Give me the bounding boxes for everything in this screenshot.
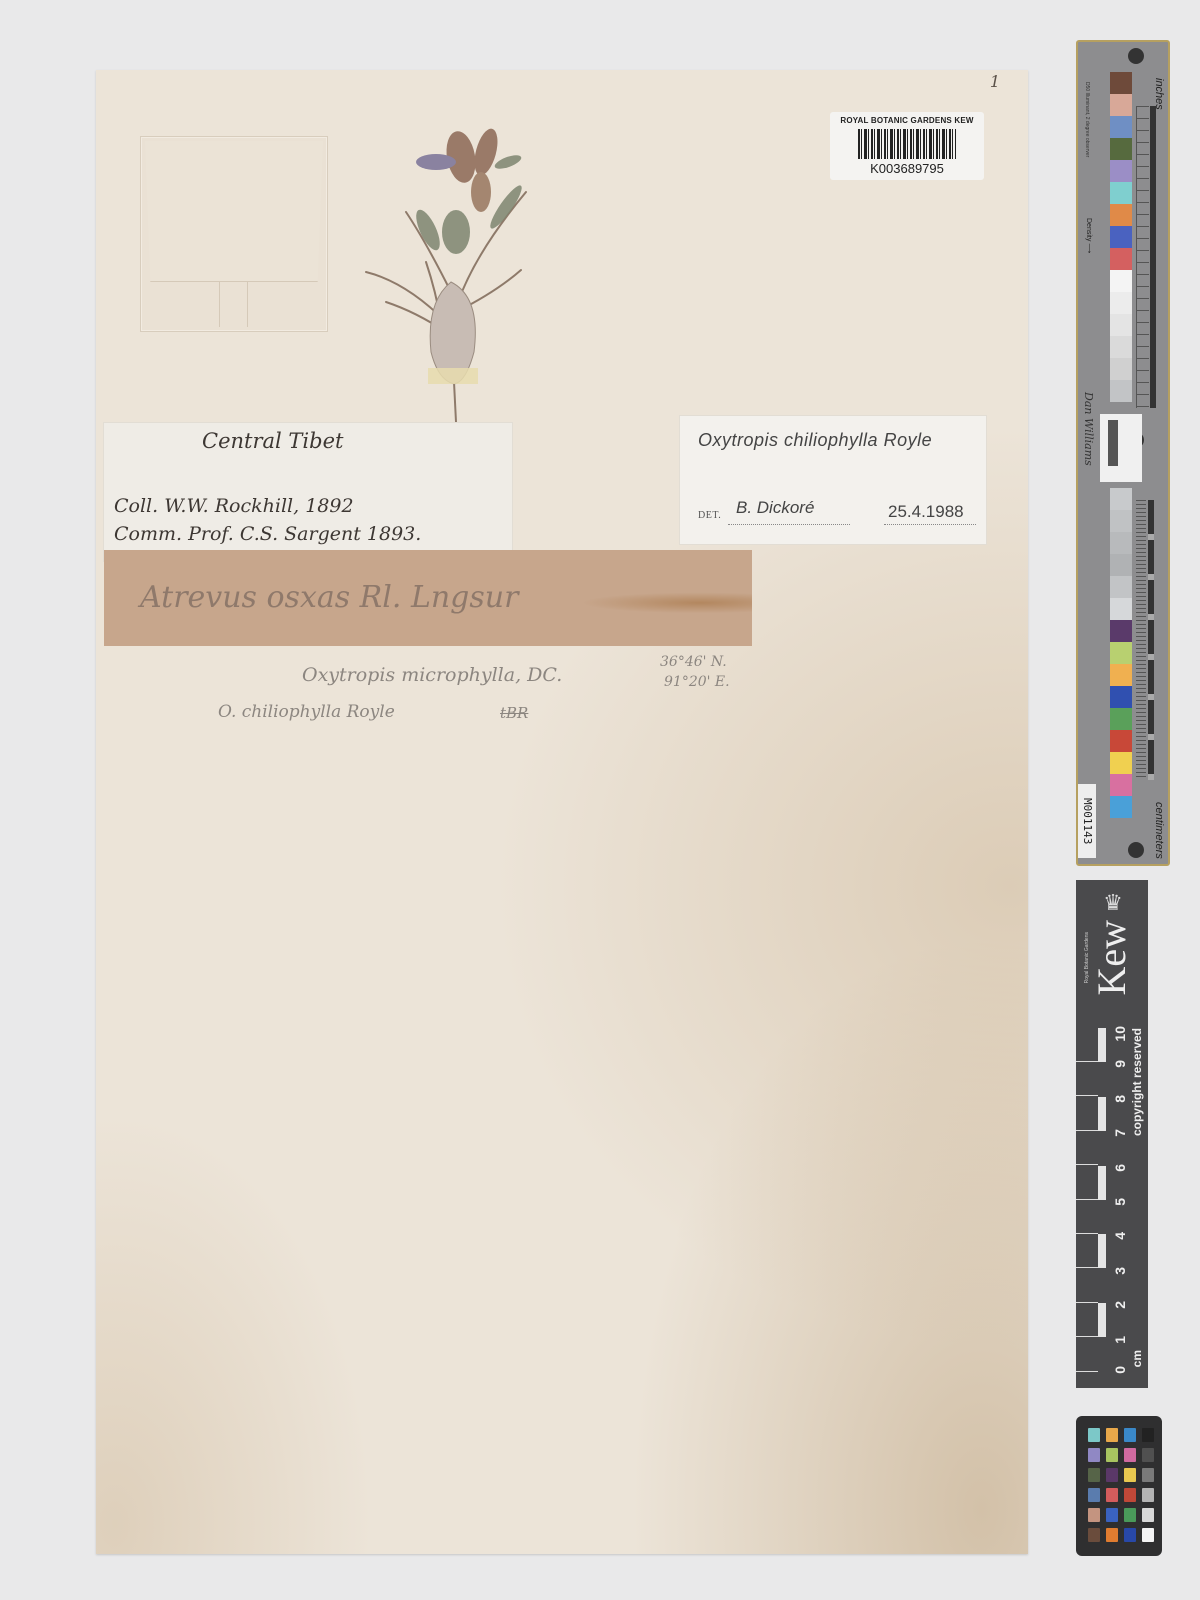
strip-brand: Dan Williams [1082, 392, 1095, 466]
barcode-number: K003689795 [830, 161, 984, 176]
color-swatch [1110, 532, 1132, 554]
color-swatch [1110, 358, 1132, 380]
color-swatch [1110, 204, 1132, 226]
scale-number: 6 [1112, 1164, 1128, 1172]
scale-side-cell [1098, 1303, 1106, 1337]
determiner-name: B. Dickoré [736, 498, 814, 518]
brown-label-text: Atrevus osxas Rl. Lngsur [140, 580, 518, 615]
cm-ruler [1136, 500, 1146, 780]
scale-number: 5 [1112, 1198, 1128, 1206]
color-swatch [1110, 248, 1132, 270]
determination-label: Oxytropis chiliophylla Royle DET. B. Dic… [680, 416, 986, 544]
herbarium-sheet: 1 ROYAL BOTANIC GA [96, 70, 1028, 1554]
pressed-plant-specimen [346, 122, 546, 432]
barcode [858, 129, 956, 159]
color-swatch [1110, 774, 1132, 796]
locality-text: Central Tibet [202, 429, 343, 453]
scale-number: 2 [1112, 1301, 1128, 1309]
color-swatch [1110, 510, 1132, 532]
strip-hole [1128, 48, 1144, 64]
color-patch [1088, 1468, 1100, 1482]
scale-checker [1076, 1028, 1106, 1380]
color-patch [1142, 1428, 1154, 1442]
dotted-line [884, 524, 976, 525]
scale-number: 4 [1112, 1232, 1128, 1240]
crest-icon: ♛ [1098, 888, 1128, 918]
strip-id: M001143 [1078, 784, 1096, 858]
color-patch [1142, 1448, 1154, 1462]
color-swatch [1110, 554, 1132, 576]
envelope-flap [145, 141, 323, 282]
scale-number: 9 [1112, 1060, 1128, 1068]
corner-mark: 1 [990, 72, 1000, 91]
color-patch [1142, 1508, 1154, 1522]
color-patch [1124, 1528, 1136, 1542]
color-swatch [1110, 664, 1132, 686]
color-swatch [1110, 226, 1132, 248]
color-patch [1088, 1528, 1100, 1542]
color-swatch [1110, 620, 1132, 642]
color-patch [1124, 1508, 1136, 1522]
collector-text: Coll. W.W. Rockhill, 1892 [114, 495, 354, 517]
barcode-label: ROYAL BOTANIC GARDENS KEW K003689795 [830, 112, 984, 180]
color-patch [1124, 1488, 1136, 1502]
scale-side-cell [1098, 1338, 1106, 1372]
color-swatch [1110, 336, 1132, 358]
color-patch [1142, 1528, 1154, 1542]
color-patch [1142, 1488, 1154, 1502]
color-patch [1106, 1528, 1118, 1542]
density-label: Density ⟶ [1084, 218, 1092, 253]
pencil-annotation-name: Oxytropis microphylla, DC. [302, 664, 562, 686]
color-patch [1088, 1488, 1100, 1502]
color-patch [1106, 1488, 1118, 1502]
envelope-fold [219, 281, 220, 327]
color-swatch [1110, 752, 1132, 774]
scale-side-cell [1098, 1269, 1106, 1303]
unit-label: cm [1130, 1350, 1144, 1367]
swatch-column-top [1110, 72, 1132, 402]
color-swatch [1110, 314, 1132, 336]
copyright-text: copyright reserved [1130, 1028, 1144, 1136]
pencil-longitude: 91°20' E. [664, 674, 730, 690]
scale-number: 10 [1112, 1026, 1128, 1042]
scale-side-cell [1098, 1062, 1106, 1096]
determination-date: 25.4.1988 [888, 502, 964, 522]
color-patch [1088, 1508, 1100, 1522]
institution-name: ROYAL BOTANIC GARDENS KEW [830, 116, 984, 125]
color-swatch [1110, 116, 1132, 138]
color-swatch [1110, 94, 1132, 116]
color-swatch [1110, 642, 1132, 664]
strip-hole [1128, 842, 1144, 858]
fragment-envelope [140, 136, 328, 332]
color-swatch [1110, 576, 1132, 598]
scale-side-cell [1098, 1028, 1106, 1062]
color-swatch [1110, 138, 1132, 160]
pencil-latitude: 36°46' N. [660, 654, 727, 670]
scale-side-cell [1098, 1166, 1106, 1200]
communicator-text: Comm. Prof. C.S. Sargent 1893. [114, 523, 421, 545]
mounting-tape [428, 368, 478, 384]
scale-number: 7 [1112, 1129, 1128, 1137]
color-patch [1106, 1508, 1118, 1522]
color-patch [1142, 1468, 1154, 1482]
color-swatch [1110, 708, 1132, 730]
scale-number: 1 [1112, 1336, 1128, 1344]
cm-ruler-bar [1148, 500, 1154, 780]
color-swatch [1110, 292, 1132, 314]
scale-side-cell [1098, 1131, 1106, 1165]
color-swatch [1110, 182, 1132, 204]
color-patch-chart [1076, 1416, 1162, 1556]
color-swatch [1110, 598, 1132, 620]
envelope-fold [247, 281, 248, 327]
kew-scale-bar: ♛ Royal Botanic Gardens Kew 109876543210… [1076, 880, 1148, 1388]
original-brown-label: Atrevus osxas Rl. Lngsur [104, 550, 752, 646]
color-swatch [1110, 686, 1132, 708]
color-swatch [1110, 796, 1132, 818]
color-patch [1106, 1448, 1118, 1462]
color-patch [1088, 1448, 1100, 1462]
color-swatch [1110, 72, 1132, 94]
scale-side-cell [1098, 1097, 1106, 1131]
pencil-annotation-name: O. chiliophylla Royle [218, 702, 395, 722]
color-swatch [1110, 488, 1132, 510]
taxon-name: Oxytropis chiliophylla Royle [698, 430, 932, 451]
color-patch [1124, 1448, 1136, 1462]
color-patch [1106, 1468, 1118, 1482]
color-swatch [1110, 730, 1132, 752]
dotted-line [728, 524, 850, 525]
scale-number: 0 [1112, 1366, 1128, 1374]
color-patch [1124, 1428, 1136, 1442]
scale-side-cell [1098, 1200, 1106, 1234]
inch-ruler-bar [1150, 106, 1156, 408]
color-patch [1106, 1428, 1118, 1442]
color-swatch [1110, 160, 1132, 182]
gray-target [1100, 414, 1142, 482]
scale-number: 8 [1112, 1095, 1128, 1103]
locality-label: Central Tibet Coll. W.W. Rockhill, 1892 … [104, 423, 512, 561]
color-calibration-strip: D50 Illuminant, 2 degree observer Densit… [1076, 40, 1170, 866]
swatch-column-bottom [1110, 488, 1132, 818]
illuminant-note: D50 Illuminant, 2 degree observer [1084, 82, 1090, 157]
scale-number: 3 [1112, 1267, 1128, 1275]
inch-ruler [1136, 106, 1149, 408]
scale-side-cell [1098, 1234, 1106, 1268]
kew-logo: Kew [1092, 920, 1132, 996]
color-patch [1088, 1428, 1100, 1442]
centimeters-label: centimeters [1153, 802, 1165, 859]
color-swatch [1110, 380, 1132, 402]
color-swatch [1110, 270, 1132, 292]
det-prefix: DET. [698, 510, 721, 521]
pencil-annotation-struck: tBR [500, 704, 528, 722]
color-patch [1124, 1468, 1136, 1482]
